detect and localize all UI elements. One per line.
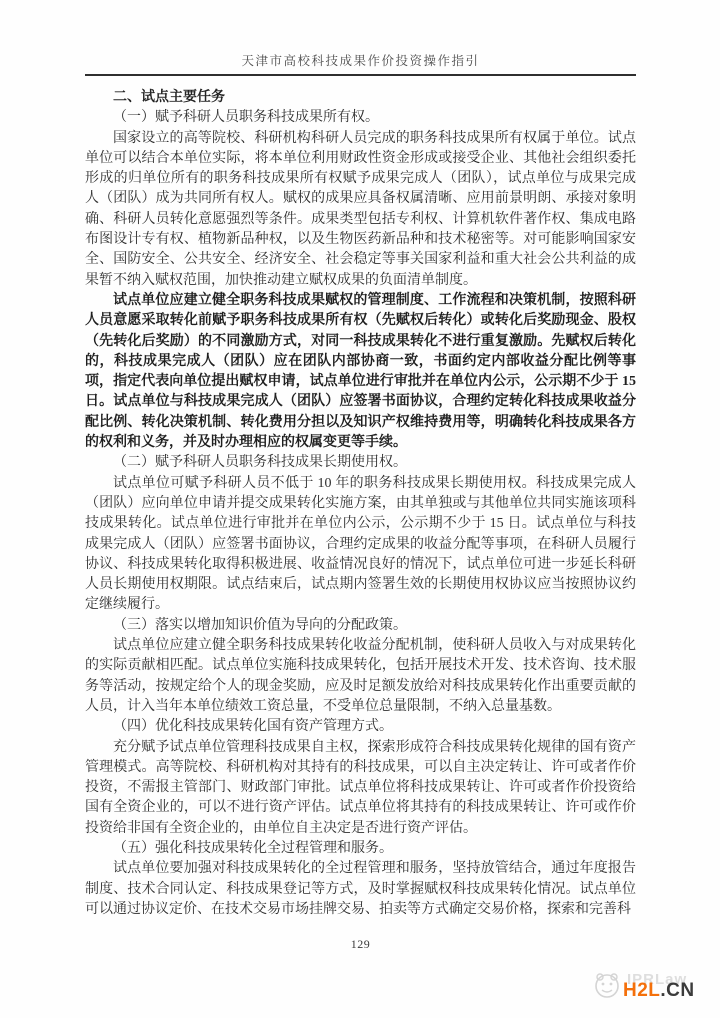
subsection-1-paragraph-1: 国家设立的高等院校、科研机构科研人员完成的职务科技成果所有权属于单位。试点单位可… <box>85 129 636 291</box>
page-header: 天津市高校科技成果作价投资操作指引 <box>85 0 636 76</box>
subsection-3-heading: （三）落实以增加知识价值为导向的分配政策。 <box>85 616 636 636</box>
subsection-1-heading: （一）赋予科研人员职务科技成果所有权。 <box>85 108 636 128</box>
document-body: 二、试点主要任务 （一）赋予科研人员职务科技成果所有权。 国家设立的高等院校、科… <box>85 88 636 920</box>
watermark-brand-suffix: .CN <box>660 980 694 1001</box>
subsection-4-paragraph-1: 充分赋予试点单位管理科技成果自主权，探索形成符合科技成果转化规律的国有资产管理模… <box>85 738 636 839</box>
subsection-1-paragraph-2-bold: 试点单位应建立健全职务科技成果赋权的管理制度、工作流程和决策机制，按照科研人员意… <box>85 291 636 453</box>
header-title: 天津市高校科技成果作价投资操作指引 <box>85 53 636 69</box>
subsection-3-paragraph-1: 试点单位应建立健全职务科技成果转化收益分配机制，使科研人员收入与对成果转化的实际… <box>85 636 636 717</box>
watermark: IPRLaw H2L.CN <box>592 968 718 1006</box>
page-content: 天津市高校科技成果作价投资操作指引 二、试点主要任务 （一）赋予科研人员职务科技… <box>85 0 636 952</box>
watermark-brand-primary: H2L <box>623 980 660 1001</box>
page-number: 129 <box>85 937 636 952</box>
subsection-2-paragraph-1: 试点单位可赋予科研人员不低于 10 年的职务科技成果长期使用权。科技成果完成人（… <box>85 474 636 616</box>
subsection-5-heading: （五）强化科技成果转化全过程管理和服务。 <box>85 839 636 859</box>
watermark-brand: H2L.CN <box>623 980 695 1002</box>
section-title: 二、试点主要任务 <box>85 88 636 108</box>
subsection-2-heading: （二）赋予科研人员职务科技成果长期使用权。 <box>85 453 636 473</box>
document-page: 天津市高校科技成果作价投资操作指引 二、试点主要任务 （一）赋予科研人员职务科技… <box>0 0 720 1018</box>
subsection-5-paragraph-1: 试点单位要加强对科技成果转化的全过程管理和服务，坚持放管结合，通过年度报告制度、… <box>85 859 636 920</box>
face-logo-icon <box>592 970 622 1000</box>
subsection-4-heading: （四）优化科技成果转化国有资产管理方式。 <box>85 717 636 737</box>
